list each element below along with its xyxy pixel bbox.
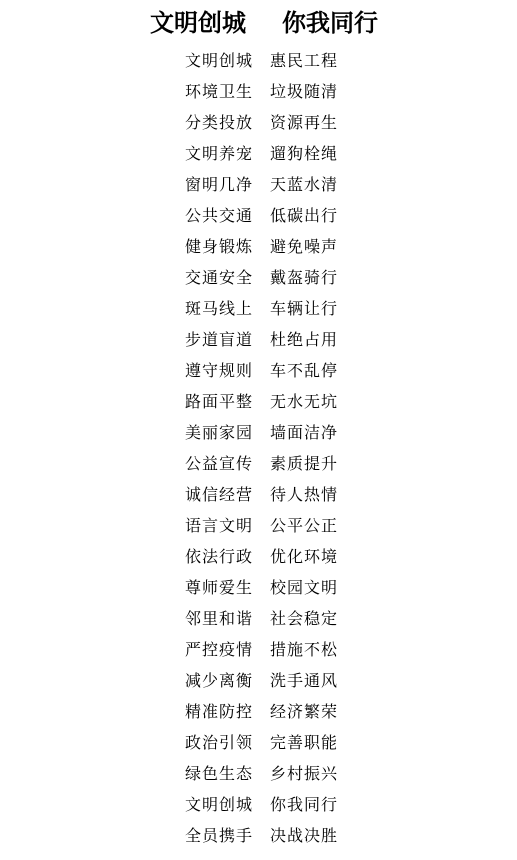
slogan-right: 杜绝占用	[270, 325, 338, 356]
slogan-left: 依法行政	[185, 542, 270, 573]
slogan-left: 精准防控	[185, 697, 270, 728]
slogan-right: 社会稳定	[270, 604, 338, 635]
page-title-left: 文明创城	[150, 10, 246, 38]
slogan-right: 天蓝水清	[270, 170, 338, 201]
slogan-left: 政治引领	[185, 728, 270, 759]
slogan-right: 低碳出行	[270, 201, 338, 232]
slogan-row: 绿色生态乡村振兴	[185, 759, 338, 790]
slogan-left: 美丽家园	[185, 418, 270, 449]
slogan-right: 垃圾随清	[270, 77, 338, 108]
slogan-right: 素质提升	[270, 449, 338, 480]
slogan-left: 语言文明	[185, 511, 270, 542]
slogan-right: 戴盔骑行	[270, 263, 338, 294]
slogan-right: 你我同行	[270, 790, 338, 821]
slogan-left: 交通安全	[185, 263, 270, 294]
slogan-right: 决战决胜	[270, 821, 338, 852]
document-page: 文明创城 你我同行 文明创城惠民工程 环境卫生垃圾随清 分类投放资源再生 文明养…	[0, 0, 517, 860]
slogan-row: 全员携手决战决胜	[185, 821, 338, 852]
slogan-left: 诚信经营	[185, 480, 270, 511]
slogan-right: 无水无坑	[270, 387, 338, 418]
slogan-row: 语言文明公平公正	[185, 511, 338, 542]
slogan-right: 遛狗栓绳	[270, 139, 338, 170]
slogan-right: 墙面洁净	[270, 418, 338, 449]
slogan-row: 斑马线上车辆让行	[185, 294, 338, 325]
slogan-row: 依法行政优化环境	[185, 542, 338, 573]
slogan-left: 文明养宠	[185, 139, 270, 170]
slogan-row: 诚信经营待人热情	[185, 480, 338, 511]
page-title: 文明创城 你我同行	[150, 10, 378, 38]
slogan-left: 公益宣传	[185, 449, 270, 480]
page-title-right: 你我同行	[282, 10, 378, 38]
slogan-right: 优化环境	[270, 542, 338, 573]
slogan-row: 文明创城你我同行	[185, 790, 338, 821]
slogan-list: 文明创城惠民工程 环境卫生垃圾随清 分类投放资源再生 文明养宠遛狗栓绳 窗明几净…	[185, 46, 338, 852]
slogan-right: 惠民工程	[270, 46, 338, 77]
slogan-row: 文明创城惠民工程	[185, 46, 338, 77]
slogan-left: 减少离衡	[185, 666, 270, 697]
slogan-row: 公共交通低碳出行	[185, 201, 338, 232]
slogan-row: 公益宣传素质提升	[185, 449, 338, 480]
slogan-row: 分类投放资源再生	[185, 108, 338, 139]
slogan-right: 校园文明	[270, 573, 338, 604]
slogan-row: 遵守规则车不乱停	[185, 356, 338, 387]
slogan-right: 待人热情	[270, 480, 338, 511]
slogan-left: 斑马线上	[185, 294, 270, 325]
slogan-right: 避免噪声	[270, 232, 338, 263]
slogan-left: 文明创城	[185, 46, 270, 77]
slogan-row: 健身锻炼避免噪声	[185, 232, 338, 263]
slogan-right: 车辆让行	[270, 294, 338, 325]
slogan-row: 环境卫生垃圾随清	[185, 77, 338, 108]
slogan-left: 分类投放	[185, 108, 270, 139]
slogan-left: 公共交通	[185, 201, 270, 232]
slogan-row: 路面平整无水无坑	[185, 387, 338, 418]
slogan-left: 环境卫生	[185, 77, 270, 108]
slogan-left: 路面平整	[185, 387, 270, 418]
slogan-right: 措施不松	[270, 635, 338, 666]
slogan-left: 遵守规则	[185, 356, 270, 387]
slogan-right: 公平公正	[270, 511, 338, 542]
slogan-left: 窗明几净	[185, 170, 270, 201]
slogan-row: 窗明几净天蓝水清	[185, 170, 338, 201]
slogan-left: 文明创城	[185, 790, 270, 821]
slogan-left: 绿色生态	[185, 759, 270, 790]
slogan-row: 步道盲道杜绝占用	[185, 325, 338, 356]
slogan-left: 尊师爱生	[185, 573, 270, 604]
slogan-right: 乡村振兴	[270, 759, 338, 790]
slogan-right: 经济繁荣	[270, 697, 338, 728]
slogan-row: 交通安全戴盔骑行	[185, 263, 338, 294]
slogan-left: 邻里和谐	[185, 604, 270, 635]
slogan-row: 精准防控经济繁荣	[185, 697, 338, 728]
slogan-row: 严控疫情措施不松	[185, 635, 338, 666]
slogan-right: 洗手通风	[270, 666, 338, 697]
slogan-left: 步道盲道	[185, 325, 270, 356]
slogan-right: 完善职能	[270, 728, 338, 759]
slogan-row: 减少离衡洗手通风	[185, 666, 338, 697]
slogan-row: 尊师爱生校园文明	[185, 573, 338, 604]
slogan-row: 邻里和谐社会稳定	[185, 604, 338, 635]
slogan-right: 车不乱停	[270, 356, 338, 387]
slogan-left: 健身锻炼	[185, 232, 270, 263]
slogan-right: 资源再生	[270, 108, 338, 139]
slogan-left: 严控疫情	[185, 635, 270, 666]
slogan-row: 政治引领完善职能	[185, 728, 338, 759]
slogan-row: 文明养宠遛狗栓绳	[185, 139, 338, 170]
slogan-left: 全员携手	[185, 821, 270, 852]
slogan-row: 美丽家园墙面洁净	[185, 418, 338, 449]
